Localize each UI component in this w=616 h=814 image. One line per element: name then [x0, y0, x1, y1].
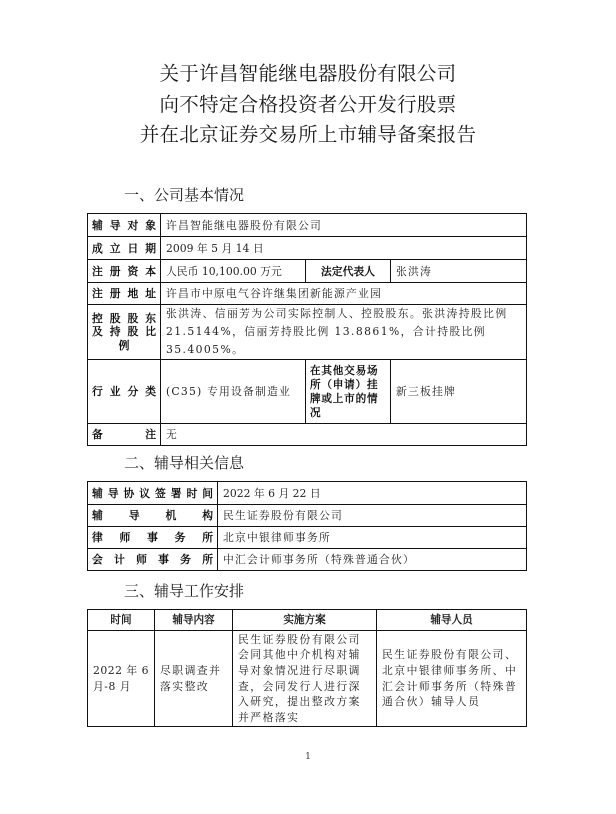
cell-time: 2022 年 6 月-8 月 — [88, 631, 155, 727]
label-tutoring-institution: 辅导机构 — [88, 505, 218, 527]
table-row: 行业分类 (C35) 专用设备制造业 在其他交易场所（申请）挂牌或上市的情况 新… — [88, 360, 527, 424]
label-law-firm: 律师事务所 — [88, 527, 218, 549]
table-row: 会计师事务所 中汇会计师事务所（特殊普通合伙） — [88, 549, 527, 571]
document-title-line-3: 并在北京证券交易所上市辅导备案报告 — [0, 119, 616, 147]
value-agreement-date: 2022 年 6 月 22 日 — [218, 482, 527, 505]
column-header-content: 辅导内容 — [155, 610, 233, 631]
value-accounting-firm: 中汇会计师事务所（特殊普通合伙） — [218, 549, 527, 571]
label-legal-rep: 法定代表人 — [306, 260, 391, 283]
table-row: 律师事务所 北京中银律师事务所 — [88, 527, 527, 549]
table-row: 辅导机构 民生证券股份有限公司 — [88, 505, 527, 527]
column-header-time: 时间 — [88, 610, 155, 631]
document-page: 关于许昌智能继电器股份有限公司 向不特定合格投资者公开发行股票 并在北京证券交易… — [0, 0, 616, 814]
label-shareholders: 控股股东 及持股比 例 — [88, 305, 161, 360]
value-listing: 新三板挂牌 — [391, 360, 527, 424]
value-legal-rep: 张洪涛 — [391, 260, 527, 283]
label-capital: 注册资本 — [88, 260, 161, 283]
label-shareholders-line-2: 及持股比 — [92, 325, 156, 339]
label-shareholders-line-1: 控股股东 — [92, 312, 156, 326]
document-title-line-2: 向不特定合格投资者公开发行股票 — [0, 89, 616, 117]
section-heading-work-schedule: 三、辅导工作安排 — [124, 580, 244, 601]
value-target: 许昌智能继电器股份有限公司 — [161, 214, 527, 237]
table-header-row: 时间 辅导内容 实施方案 辅导人员 — [88, 610, 527, 631]
table-row: 辅导对象 许昌智能继电器股份有限公司 — [88, 214, 527, 237]
tutoring-info-table: 辅导协议签署时间 2022 年 6 月 22 日 辅导机构 民生证券股份有限公司… — [87, 481, 527, 571]
label-remarks: 备 注 — [88, 424, 161, 446]
cell-plan: 民生证券股份有限公司会同其他中介机构对辅导对象情况进行尽职调查，会同发行人进行深… — [233, 631, 377, 727]
table-row: 辅导协议签署时间 2022 年 6 月 22 日 — [88, 482, 527, 505]
table-row: 备 注 无 — [88, 424, 527, 446]
table-row: 成立日期 2009 年 5 月 14 日 — [88, 237, 527, 260]
value-established: 2009 年 5 月 14 日 — [161, 237, 527, 260]
value-industry: (C35) 专用设备制造业 — [161, 360, 306, 424]
section-heading-tutoring-info: 二、辅导相关信息 — [124, 452, 244, 473]
label-shareholders-line-3: 例 — [92, 339, 156, 353]
label-target: 辅导对象 — [88, 214, 161, 237]
table-row: 注册地址 许昌市中原电气谷许继集团新能源产业园 — [88, 283, 527, 305]
value-tutoring-institution: 民生证券股份有限公司 — [218, 505, 527, 527]
label-established: 成立日期 — [88, 237, 161, 260]
label-listing: 在其他交易场所（申请）挂牌或上市的情况 — [306, 360, 391, 424]
label-industry: 行业分类 — [88, 360, 161, 424]
page-number: 1 — [0, 752, 616, 762]
table-row: 注册资本 人民币 10,100.00 万元 法定代表人 张洪涛 — [88, 260, 527, 283]
cell-content: 尽职调查并落实整改 — [155, 631, 233, 727]
label-remarks-right: 注 — [145, 427, 156, 442]
label-address: 注册地址 — [88, 283, 161, 305]
value-law-firm: 北京中银律师事务所 — [218, 527, 527, 549]
label-remarks-left: 备 — [92, 427, 103, 442]
label-accounting-firm: 会计师事务所 — [88, 549, 218, 571]
table-row: 控股股东 及持股比 例 张洪涛、信丽芳为公司实际控制人、控股股东。张洪涛持股比例… — [88, 305, 527, 360]
label-agreement-date: 辅导协议签署时间 — [88, 482, 218, 505]
column-header-staff: 辅导人员 — [377, 610, 527, 631]
value-capital: 人民币 10,100.00 万元 — [161, 260, 306, 283]
document-title-line-1: 关于许昌智能继电器股份有限公司 — [0, 58, 616, 86]
section-heading-company-info: 一、公司基本情况 — [124, 184, 244, 205]
value-address: 许昌市中原电气谷许继集团新能源产业园 — [161, 283, 527, 305]
value-shareholders: 张洪涛、信丽芳为公司实际控制人、控股股东。张洪涛持股比例 21.5144%，信丽… — [161, 305, 527, 360]
value-remarks: 无 — [161, 424, 527, 446]
company-info-table: 辅导对象 许昌智能继电器股份有限公司 成立日期 2009 年 5 月 14 日 … — [87, 213, 527, 446]
cell-staff: 民生证券股份有限公司、北京中银律师事务所、中汇会计师事务所（特殊普通合伙）辅导人… — [377, 631, 527, 727]
table-row: 2022 年 6 月-8 月 尽职调查并落实整改 民生证券股份有限公司会同其他中… — [88, 631, 527, 727]
work-schedule-table: 时间 辅导内容 实施方案 辅导人员 2022 年 6 月-8 月 尽职调查并落实… — [87, 609, 527, 727]
column-header-plan: 实施方案 — [233, 610, 377, 631]
